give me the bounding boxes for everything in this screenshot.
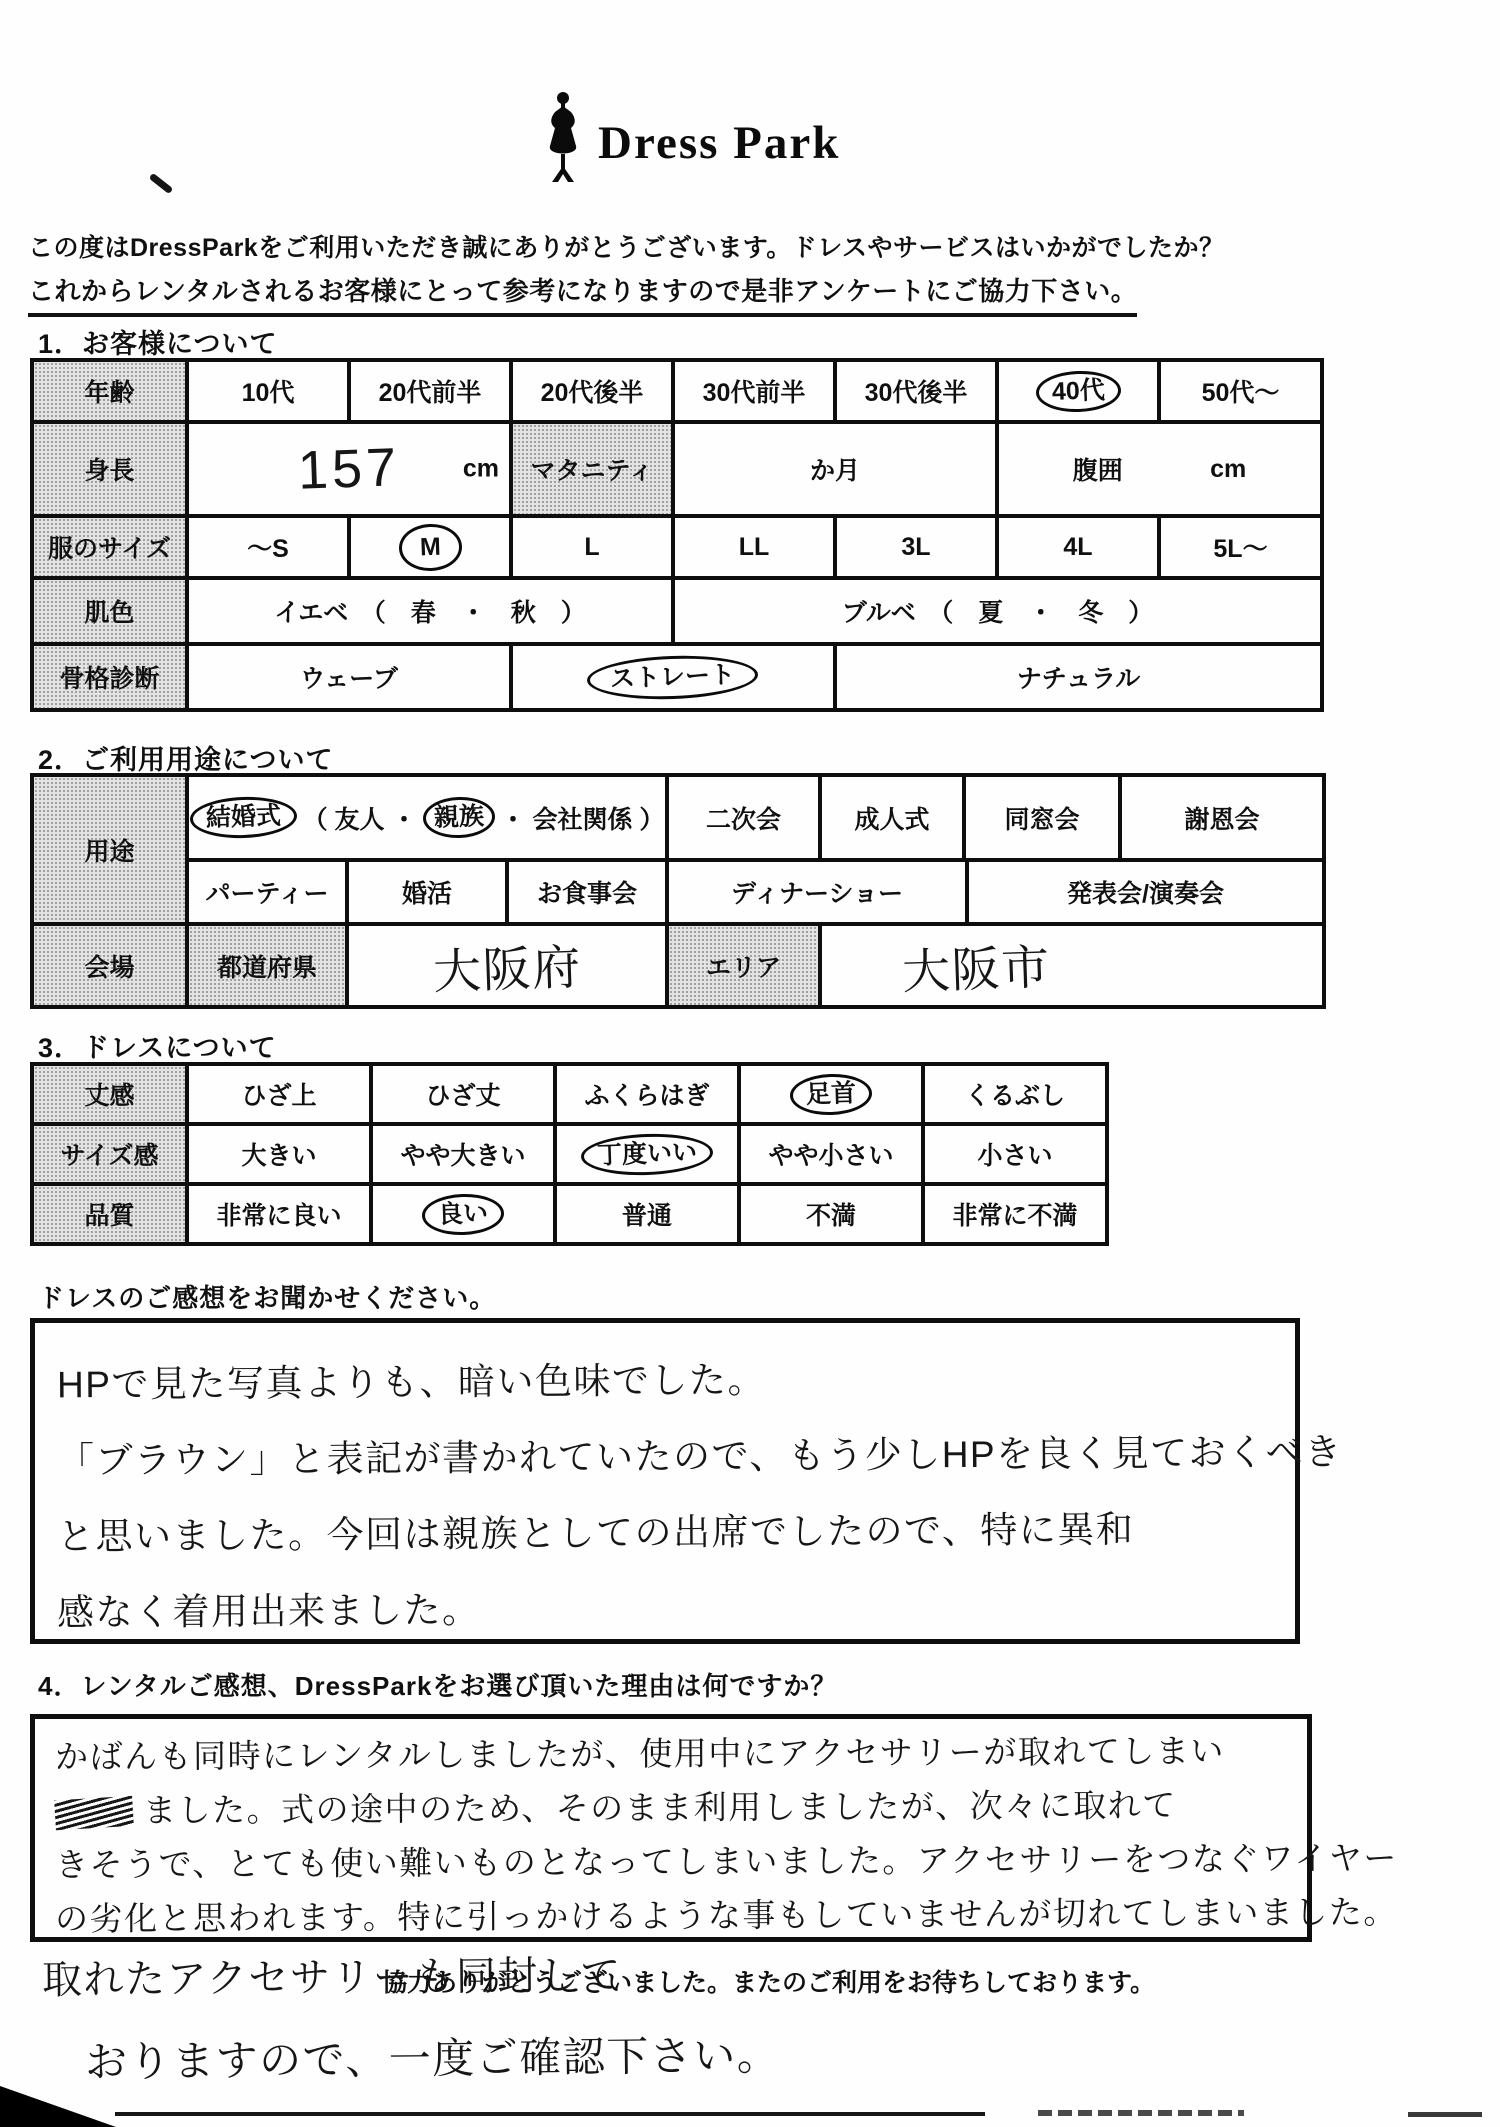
handwritten-line: の劣化と思われます。特に引っかけるような事もしていませんが切れてしまいました。 <box>55 1886 1307 1946</box>
prefecture-handwritten-value: 大阪府 <box>432 928 583 1002</box>
intro-text: この度はDressParkをご利用いただき誠にありがとうございます。ドレスやサー… <box>28 228 1224 264</box>
height-handwritten-value: 157 <box>297 436 401 502</box>
circle-annotation: M <box>398 523 462 572</box>
clothing-size-row: 服のサイズ ～S M L LL 3L 4L 5L～ <box>32 516 1322 578</box>
purpose-option: パーティー <box>185 858 349 926</box>
usage-table: 用途 結婚式 （ 友人 ・ 親族 ・ 会社関係 ） 二次会 成人式 同窓会 謝恩… <box>30 773 1326 1013</box>
customer-info-table: 年齢 10代 20代前半 20代後半 30代前半 30代後半 40代 50代～ … <box>30 358 1324 712</box>
quality-option: 普通 <box>555 1184 739 1244</box>
age-option: 20代前半 <box>349 360 511 422</box>
circle-annotation: 良い <box>421 1192 504 1236</box>
size-option-selected: M <box>349 516 511 578</box>
length-option: くるぶし <box>923 1064 1107 1124</box>
frame-option: ウェーブ <box>187 644 511 710</box>
fit-row: サイズ感 大きい やや大きい 丁度いい やや小さい 小さい <box>32 1124 1107 1184</box>
handwritten-line: きそうで、とても使い難いものとなってしまいました。アクセサリーをつなぐワイヤー <box>55 1832 1307 1892</box>
size-option: 4L <box>997 516 1159 578</box>
frame-label: 骨格診断 <box>32 644 187 710</box>
fit-option-selected: 丁度いい <box>555 1124 739 1184</box>
age-option: 20代後半 <box>511 360 673 422</box>
waist-label: 腹囲 <box>1073 451 1123 487</box>
size-option: 5L～ <box>1159 516 1322 578</box>
circle-annotation: 結婚式 <box>189 795 297 839</box>
purpose-option: 謝恩会 <box>1118 773 1326 862</box>
purpose-option: 親族 <box>433 802 484 832</box>
age-option: 30代前半 <box>673 360 835 422</box>
fit-option: やや大きい <box>371 1124 555 1184</box>
handwritten-text: ました。式の途中のため、そのまま利用しましたが、次々に取れて <box>143 1786 1177 1828</box>
size-option: LL <box>673 516 835 578</box>
maternity-cell: マタニティ <box>511 422 673 516</box>
waist-unit: cm <box>1210 455 1246 484</box>
brand-name: Dress Park <box>598 116 840 186</box>
handwritten-line: と思いました。今回は親族としての出席でしたので、特に異和 <box>57 1497 1295 1570</box>
area-label: エリア <box>665 922 822 1009</box>
scan-artifact-line <box>115 2112 985 2116</box>
brand-logo: Dress Park <box>540 90 840 186</box>
purpose-label: 用途 <box>30 773 189 926</box>
quality-option-selected: 良い <box>371 1184 555 1244</box>
waist-inner: 腹囲 cm <box>999 451 1320 487</box>
circle-annotation: 親族 <box>422 796 495 839</box>
height-row: 身長 157 cm マタニティ か月 腹囲 cm <box>32 422 1322 516</box>
handwritten-overflow-line: 取れたアクセサリーも同封して <box>42 1943 622 2005</box>
frame-option: ナチュラル <box>835 644 1322 710</box>
purpose-option: ディナーショー <box>665 858 969 926</box>
length-option: ふくらはぎ <box>555 1064 739 1124</box>
wedding-cell: 結婚式 （ 友人 ・ 親族 ・ 会社関係 ） <box>185 773 669 862</box>
wedding-detail: （ 友人 ・ <box>303 800 417 836</box>
size-option: 3L <box>835 516 997 578</box>
purpose-option: 発表会/演奏会 <box>965 858 1326 926</box>
frame-diagnosis-row: 骨格診断 ウェーブ ストレート ナチュラル <box>32 644 1322 710</box>
scan-corner-artifact <box>0 2086 116 2127</box>
dress-feedback-box: HPで見た写真よりも、暗い色味でした。 「ブラウン」と表記が書かれていたので、も… <box>30 1318 1300 1644</box>
height-unit: cm <box>463 455 499 484</box>
quality-option: 非常に良い <box>187 1184 371 1244</box>
fit-option: 大きい <box>187 1124 371 1184</box>
circle-annotation: 足首 <box>789 1072 872 1116</box>
size-option: ～S <box>187 516 349 578</box>
months-cell: か月 <box>673 422 997 516</box>
handwritten-overflow-line: おりますので、一度ご確認下さい。 <box>85 2022 781 2089</box>
circle-annotation: 丁度いい <box>580 1131 713 1176</box>
section4-title: 4．レンタルご感想、DressParkをお選び頂いた理由は何ですか？ <box>38 1666 837 1703</box>
length-label: 丈感 <box>32 1064 187 1124</box>
age-row: 年齢 10代 20代前半 20代後半 30代前半 30代後半 40代 50代～ <box>32 360 1322 422</box>
fit-option: 小さい <box>923 1124 1107 1184</box>
wedding-detail: ・ 会社関係 ） <box>501 800 665 836</box>
strikethrough-scribble <box>54 1796 134 1830</box>
dress-feedback-prompt: ドレスのご感想をお聞かせください。 <box>38 1278 496 1315</box>
prefecture-value-cell: 大阪府 <box>345 922 669 1009</box>
quality-option: 良い <box>437 1199 488 1229</box>
purpose-option: お食事会 <box>505 858 669 926</box>
height-value-cell: 157 cm <box>187 422 511 516</box>
age-option-selected: 40代 <box>997 360 1159 422</box>
skin-option-yellow: イエベ （ 春 ・ 秋 ） <box>187 578 673 644</box>
length-option: 足首 <box>805 1079 856 1109</box>
skin-label: 肌色 <box>32 578 187 644</box>
length-option: ひざ上 <box>187 1064 371 1124</box>
length-option: ひざ丈 <box>371 1064 555 1124</box>
age-option: 30代後半 <box>835 360 997 422</box>
rental-feedback-box: かばんも同時にレンタルしましたが、使用中にアクセサリーが取れてしまい ました。式… <box>30 1714 1312 1942</box>
age-label: 年齢 <box>32 360 187 422</box>
size-option: M <box>419 532 441 561</box>
venue-label: 会場 <box>30 922 189 1009</box>
section3-title: 3．ドレスについて <box>38 1026 277 1065</box>
purpose-option: 成人式 <box>818 773 966 862</box>
fit-label: サイズ感 <box>32 1124 187 1184</box>
purpose-option: 結婚式 <box>205 802 281 833</box>
age-option: 50代～ <box>1159 360 1322 422</box>
waist-cell: 腹囲 cm <box>997 422 1322 516</box>
age-option: 10代 <box>187 360 349 422</box>
length-row: 丈感 ひざ上 ひざ丈 ふくらはぎ 足首 くるぶし <box>32 1064 1107 1124</box>
dress-table: 丈感 ひざ上 ひざ丈 ふくらはぎ 足首 くるぶし サイズ感 大きい やや大きい … <box>30 1062 1109 1246</box>
skin-option-blue: ブルベ （ 夏 ・ 冬 ） <box>673 578 1322 644</box>
quality-option: 不満 <box>739 1184 923 1244</box>
circle-annotation: ストレート <box>587 653 759 702</box>
circle-annotation: 40代 <box>1035 369 1121 413</box>
scan-artifact-dashes <box>1038 2110 1244 2116</box>
dress-form-icon <box>540 90 586 186</box>
purpose-option: 同窓会 <box>962 773 1122 862</box>
age-option: 40代 <box>1051 376 1105 406</box>
frame-option: ストレート <box>610 660 736 692</box>
skin-tone-row: 肌色 イエベ （ 春 ・ 秋 ） ブルベ （ 夏 ・ 冬 ） <box>32 578 1322 644</box>
handwritten-line: かばんも同時にレンタルしましたが、使用中にアクセサリーが取れてしまい <box>55 1724 1307 1784</box>
fit-option: やや小さい <box>739 1124 923 1184</box>
pen-mark <box>149 173 174 195</box>
quality-label: 品質 <box>32 1184 187 1244</box>
purpose-option: 二次会 <box>665 773 822 862</box>
height-label: 身長 <box>32 422 187 516</box>
frame-option-selected: ストレート <box>511 644 835 710</box>
handwritten-line: 「ブラウン」と表記が書かれていたので、もう少しHPを良く見ておくべき <box>57 1421 1295 1494</box>
section1-title: 1．お客様について <box>38 322 277 361</box>
handwritten-line: ました。式の途中のため、そのまま利用しましたが、次々に取れて <box>55 1778 1307 1838</box>
length-option-selected: 足首 <box>739 1064 923 1124</box>
area-value-cell: 大阪市 <box>818 922 1326 1009</box>
size-label: 服のサイズ <box>32 516 187 578</box>
intro-request-text: これからレンタルされるお客様にとって参考になりますので是非アンケートにご協力下さ… <box>28 271 1137 317</box>
prefecture-label: 都道府県 <box>185 922 349 1009</box>
handwritten-line: 感なく着用出来ました。 <box>57 1573 1295 1646</box>
scanned-questionnaire-page: Dress Park この度はDressParkをご利用いただき誠にありがとうご… <box>0 0 1500 2127</box>
scan-artifact-dash <box>1408 2112 1482 2117</box>
quality-row: 品質 非常に良い 良い 普通 不満 非常に不満 <box>32 1184 1107 1244</box>
fit-option: 丁度いい <box>597 1138 698 1169</box>
purpose-option: 婚活 <box>345 858 509 926</box>
area-handwritten-value: 大阪市 <box>901 928 1052 1002</box>
size-option: L <box>511 516 673 578</box>
quality-option: 非常に不満 <box>923 1184 1107 1244</box>
handwritten-line: HPで見た写真よりも、暗い色味でした。 <box>57 1345 1295 1418</box>
section2-title: 2．ご利用用途について <box>38 738 333 777</box>
